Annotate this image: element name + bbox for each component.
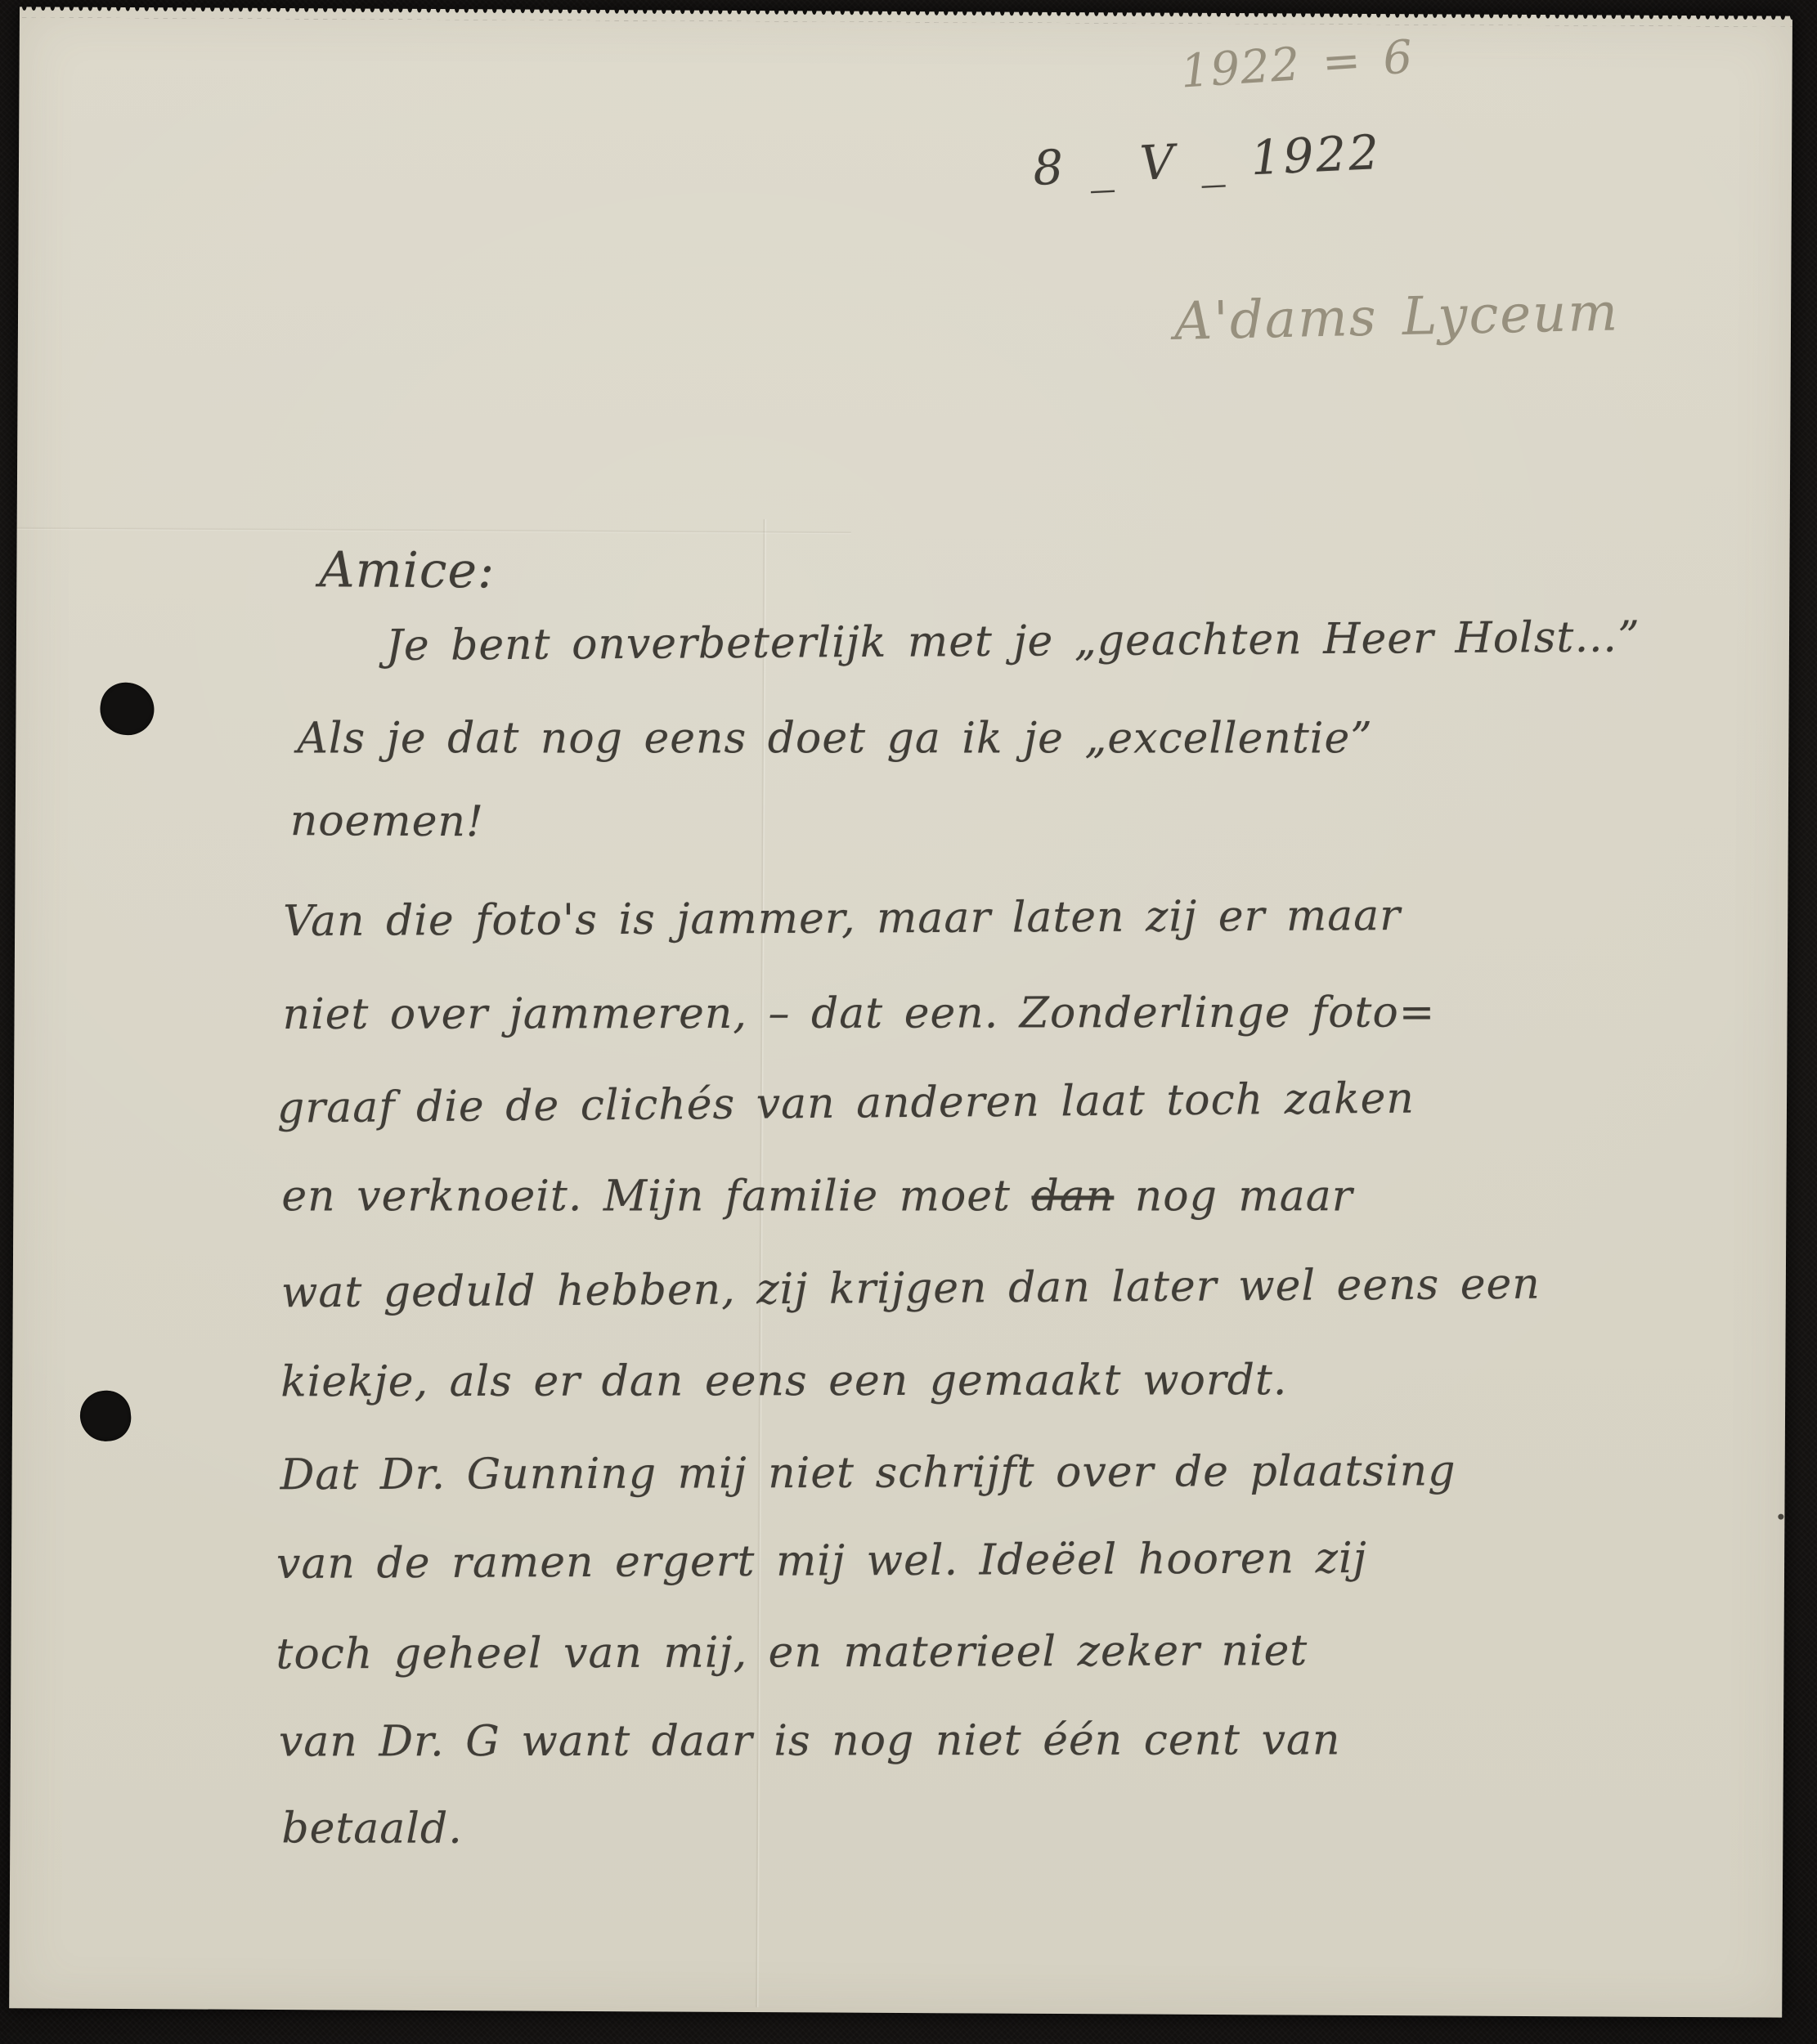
location-annotation: A'dams Lyceum (1173, 282, 1619, 352)
letter-line: wat geduld hebben, zij krijgen dan later… (281, 1260, 1541, 1318)
letter-line: Je bent onverbeterlijk met je „geachten … (386, 612, 1640, 670)
letter-line: niet over jammeren, – dat een. Zonderlin… (283, 988, 1436, 1038)
letter-line: Als je dat nog eens doet ga ik je „excel… (297, 715, 1372, 764)
line-segment: en verknoeit. Mijn familie moet (281, 1172, 1011, 1221)
archive-number-annotation: 1922 = 6 (1179, 30, 1415, 98)
letter-line: toch geheel van mij, en materieel zeker … (276, 1626, 1308, 1679)
torn-perforated-edge (20, 6, 1792, 26)
struck-out-word: dan (1031, 1172, 1114, 1221)
ink-speck (1778, 1514, 1783, 1520)
letter-line: Dat Dr. Gunning mij niet schrijft over d… (280, 1446, 1456, 1499)
letter-line: noemen! (290, 796, 484, 846)
letter-line-with-strikethrough: en verknoeit. Mijn familie moet dan nog … (281, 1172, 1353, 1221)
horizontal-fold-crease (17, 527, 851, 534)
date-annotation: 8 _ V _ 1922 (1032, 124, 1383, 196)
letter-line: betaald. (281, 1804, 463, 1853)
letter-line: graaf die de clichés van anderen laat to… (277, 1074, 1415, 1133)
scan-background: 1922 = 6 8 _ V _ 1922 A'dams Lyceum Amic… (0, 0, 1817, 2044)
letter-line: Van die foto's is jammer, maar laten zij… (283, 891, 1401, 946)
letter-line: kiekje, als er dan eens een gemaakt word… (280, 1356, 1287, 1406)
letter-line: van de ramen ergert mij wel. Ideëel hoor… (276, 1534, 1367, 1589)
salutation: Amice: (319, 541, 495, 599)
punch-hole-bottom (78, 1388, 133, 1444)
letter-paper: 1922 = 6 8 _ V _ 1922 A'dams Lyceum Amic… (9, 7, 1792, 2017)
letter-line: van Dr. G want daar is nog niet één cent… (279, 1715, 1341, 1766)
line-segment: nog maar (1135, 1172, 1353, 1221)
punch-hole-top (96, 679, 158, 739)
